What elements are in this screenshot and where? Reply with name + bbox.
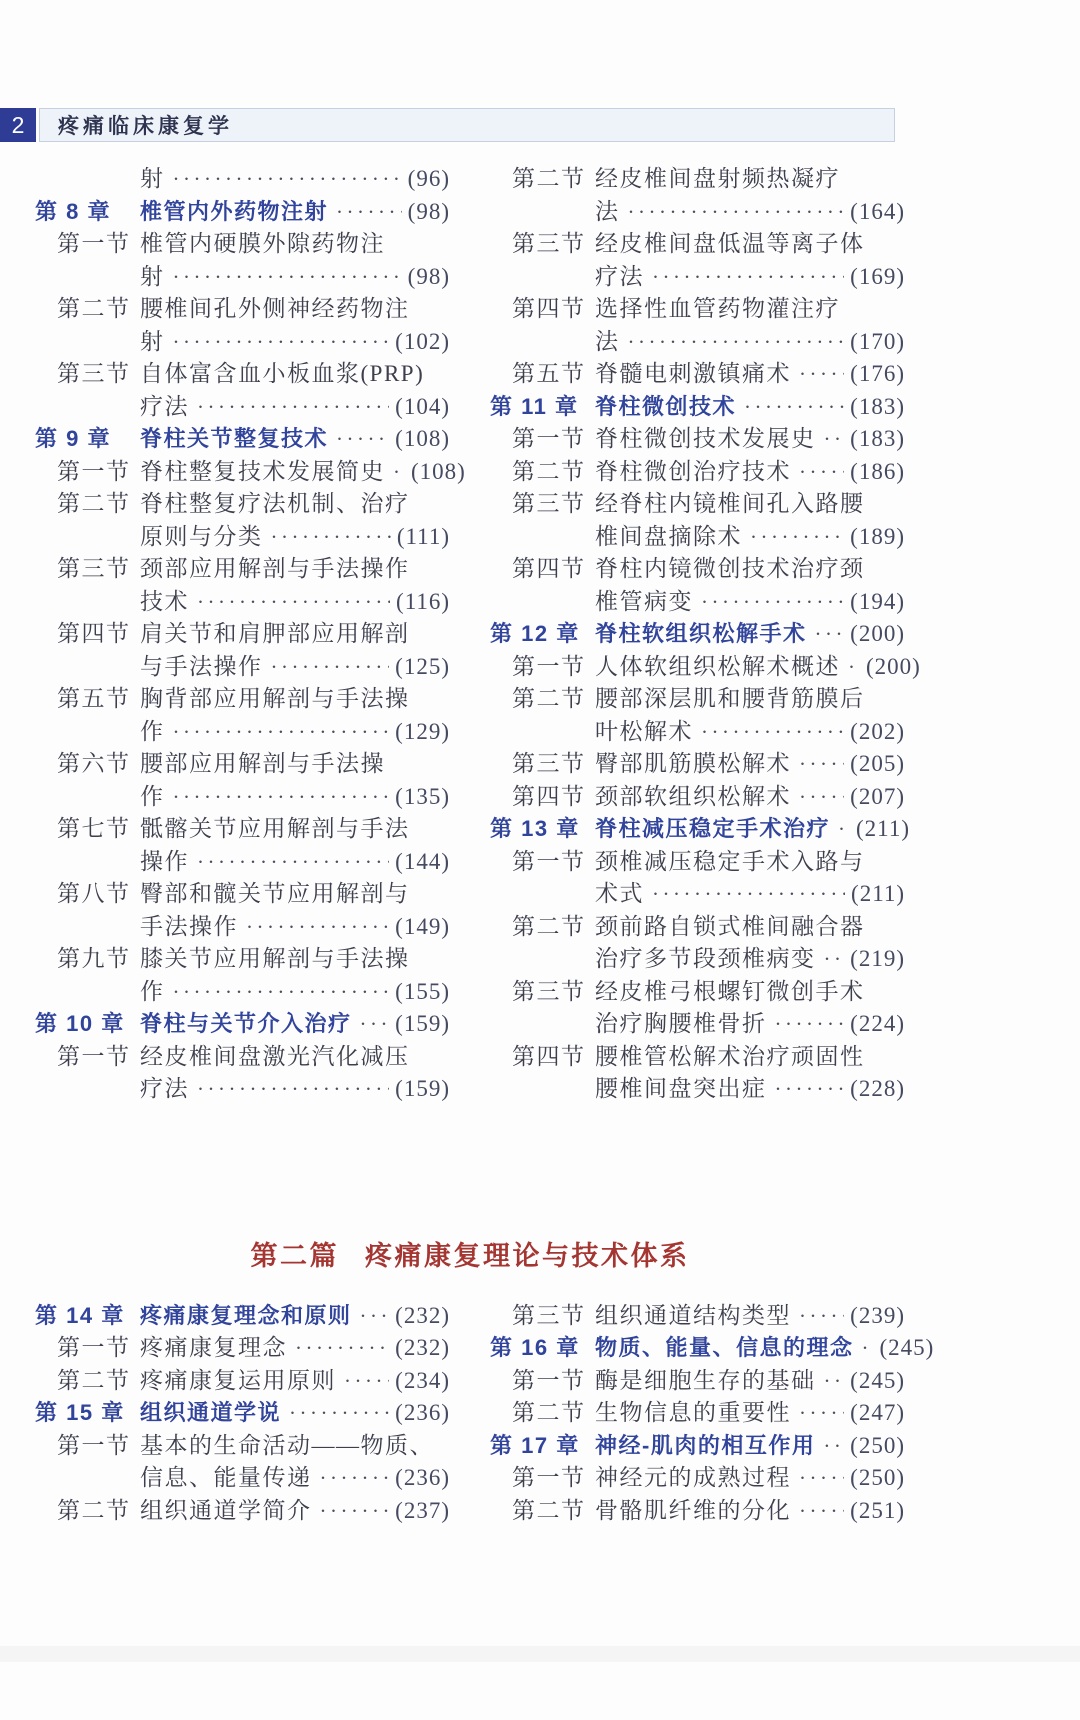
entry-label: 第三节	[490, 228, 595, 261]
entry-label: 第三节	[490, 1300, 595, 1333]
entry-title: 脊柱微创技术发展史	[595, 423, 816, 456]
toc-line: 叶松解术(202)	[490, 716, 905, 749]
toc-line: 第 8 章椎管内外药物注射(98)	[35, 196, 450, 229]
entry-title: 脊柱微创治疗技术	[595, 456, 791, 489]
entry-page-number: (96)	[406, 163, 450, 196]
toc-line: 第六节腰部应用解剖与手法操	[35, 748, 450, 781]
entry-title-continued: 疗法	[595, 261, 644, 294]
entry-title: 颈部应用解剖与手法操作	[140, 553, 410, 586]
entry-page-number: (170)	[848, 326, 905, 359]
toc-line: 第四节脊柱内镜微创技术治疗颈	[490, 553, 905, 586]
entry-title-continued: 治疗胸腰椎骨折	[595, 1008, 767, 1041]
toc-section-entry: 第五节脊髓电刺激镇痛术(176)	[490, 358, 905, 391]
toc-section-entry: 第一节椎管内硬膜外隙药物注射(98)	[35, 228, 450, 293]
entry-title-continued: 术式	[595, 878, 644, 911]
toc-line: 第一节颈椎减压稳定手术入路与	[490, 846, 905, 879]
entry-page-number: (211)	[854, 813, 910, 846]
toc-line: 第 9 章脊柱关节整复技术(108)	[35, 423, 450, 456]
toc-section-entry: 第一节疼痛康复理念(232)	[35, 1332, 450, 1365]
toc-line: 第四节选择性血管药物灌注疗	[490, 293, 905, 326]
entry-title: 颈前路自锁式椎间融合器	[595, 911, 865, 944]
toc-line: 第一节疼痛康复理念(232)	[35, 1332, 450, 1365]
entry-title: 经脊柱内镜椎间孔入路腰	[595, 488, 865, 521]
entry-title-continued: 椎间盘摘除术	[595, 521, 742, 554]
entry-label: 第八节	[35, 878, 140, 911]
entry-page-number: (245)	[878, 1332, 935, 1365]
entry-page-number: (164)	[848, 196, 905, 229]
toc-section-entry: 第二节脊柱微创治疗技术(186)	[490, 456, 905, 489]
toc-line: 第三节经皮椎间盘低温等离子体	[490, 228, 905, 261]
entry-page-number: (108)	[393, 423, 450, 456]
entry-page-number: (104)	[393, 391, 450, 424]
entry-page-number: (194)	[848, 586, 905, 619]
toc-line: 第三节经皮椎弓根螺钉微创手术	[490, 976, 905, 1009]
dot-leader	[824, 423, 845, 456]
toc-line: 第二节骨骼肌纤维的分化(251)	[490, 1495, 905, 1528]
entry-label: 第二节	[490, 1495, 595, 1528]
dot-leader	[197, 586, 390, 619]
entry-title: 腰椎管松解术治疗顽固性	[595, 1041, 865, 1074]
toc-chapter-entry: 第 11 章脊柱微创技术(183)	[490, 391, 905, 424]
dot-leader	[824, 1365, 845, 1398]
entry-title: 椎管内外药物注射	[140, 196, 328, 229]
toc-line: 第二节腰部深层肌和腰背筋膜后	[490, 683, 905, 716]
toc-section-entry: 第三节臀部肌筋膜松解术(205)	[490, 748, 905, 781]
entry-label: 第五节	[35, 683, 140, 716]
toc-chapter-entry: 第 15 章组织通道学说(236)	[35, 1397, 450, 1430]
dot-leader	[848, 651, 860, 684]
toc-section-entry: 第一节经皮椎间盘激光汽化减压疗法(159)	[35, 1041, 450, 1106]
entry-page-number: (245)	[848, 1365, 905, 1398]
toc-top-columns: 射(96)第 8 章椎管内外药物注射(98)第一节椎管内硬膜外隙药物注射(98)…	[35, 163, 905, 1106]
dot-leader	[246, 911, 389, 944]
toc-line: 第四节肩关节和肩胛部应用解剖	[35, 618, 450, 651]
entry-title: 脊柱与关节介入治疗	[140, 1008, 352, 1041]
entry-label: 第三节	[490, 976, 595, 1009]
entry-label: 第一节	[35, 228, 140, 261]
page-number: 2	[12, 112, 25, 139]
entry-label: 第一节	[490, 1462, 595, 1495]
entry-title: 臀部肌筋膜松解术	[595, 748, 791, 781]
entry-title-continued: 作	[140, 976, 165, 1009]
part-title-label: 第二篇	[251, 1241, 340, 1271]
dot-leader	[173, 976, 390, 1009]
dot-leader	[862, 1332, 874, 1365]
toc-line: 原则与分类(111)	[35, 521, 450, 554]
toc-line: 第一节酶是细胞生存的基础(245)	[490, 1365, 905, 1398]
entry-title: 脊柱内镜微创技术治疗颈	[595, 553, 865, 586]
toc-line: 作(129)	[35, 716, 450, 749]
toc-section-entry: 第二节骨骼肌纤维的分化(251)	[490, 1495, 905, 1528]
toc-line: 疗法(104)	[35, 391, 450, 424]
entry-title: 酶是细胞生存的基础	[595, 1365, 816, 1398]
toc-line: 治疗多节段颈椎病变(219)	[490, 943, 905, 976]
toc-line: 第一节基本的生命活动——物质、	[35, 1430, 450, 1463]
entry-label: 第二节	[490, 683, 595, 716]
toc-section-entry: 第四节脊柱内镜微创技术治疗颈椎管病变(194)	[490, 553, 905, 618]
toc-line: 第二节组织通道学简介(237)	[35, 1495, 450, 1528]
toc-line: 第三节颈部应用解剖与手法操作	[35, 553, 450, 586]
entry-page-number: (202)	[848, 716, 905, 749]
entry-label: 第二节	[35, 1365, 140, 1398]
entry-page-number: (159)	[393, 1008, 450, 1041]
dot-leader	[336, 196, 402, 229]
entry-title-continued: 作	[140, 716, 165, 749]
entry-page-number: (251)	[848, 1495, 905, 1528]
toc-line: 第三节组织通道结构类型(239)	[490, 1300, 905, 1333]
entry-title: 生物信息的重要性	[595, 1397, 791, 1430]
part-title-text: 疼痛康复理论与技术体系	[365, 1241, 690, 1271]
entry-page-number: (239)	[848, 1300, 905, 1333]
page-bottom-strip	[0, 1646, 1080, 1662]
dot-leader	[824, 943, 845, 976]
entry-title: 物质、能量、信息的理念	[595, 1332, 854, 1365]
entry-page-number: (237)	[393, 1495, 450, 1528]
entry-page-number: (250)	[848, 1462, 905, 1495]
entry-label: 第 17 章	[490, 1430, 595, 1463]
toc-section-entry: 第二节经皮椎间盘射频热凝疗法(164)	[490, 163, 905, 228]
page-number-badge: 2	[0, 108, 36, 142]
entry-label: 第二节	[490, 456, 595, 489]
toc-section-entry: 第三节经脊柱内镜椎间孔入路腰椎间盘摘除术(189)	[490, 488, 905, 553]
dot-leader	[173, 326, 390, 359]
dot-leader	[750, 521, 844, 554]
entry-title: 经皮椎间盘激光汽化减压	[140, 1041, 410, 1074]
toc-section-entry: 第三节颈部应用解剖与手法操作技术(116)	[35, 553, 450, 618]
dot-leader	[289, 1397, 389, 1430]
entry-label: 第四节	[490, 553, 595, 586]
entry-label: 第 14 章	[35, 1300, 140, 1333]
toc-section-entry: 第六节腰部应用解剖与手法操作(135)	[35, 748, 450, 813]
dot-leader	[799, 1397, 844, 1430]
toc-section-entry: 第一节基本的生命活动——物质、信息、能量传递(236)	[35, 1430, 450, 1495]
dot-leader	[295, 1332, 389, 1365]
entry-page-number: (211)	[849, 878, 905, 911]
entry-label: 第九节	[35, 943, 140, 976]
entry-title-continued: 操作	[140, 846, 189, 879]
entry-title: 骨骼肌纤维的分化	[595, 1495, 791, 1528]
entry-title: 颈椎减压稳定手术入路与	[595, 846, 865, 879]
entry-title: 经皮椎间盘低温等离子体	[595, 228, 865, 261]
dot-leader	[173, 716, 390, 749]
toc-line: 法(170)	[490, 326, 905, 359]
part-title: 第二篇疼痛康复理论与技术体系	[35, 1236, 905, 1276]
dot-leader	[744, 391, 844, 424]
toc-line: 第二节经皮椎间盘射频热凝疗	[490, 163, 905, 196]
entry-label: 第一节	[490, 1365, 595, 1398]
toc-line: 法(164)	[490, 196, 905, 229]
running-head-bar: 疼痛临床康复学	[39, 108, 895, 142]
toc-section-entry: 第二节疼痛康复运用原则(234)	[35, 1365, 450, 1398]
toc-section-entry: 第二节腰椎间孔外侧神经药物注射(102)	[35, 293, 450, 358]
entry-label: 第二节	[35, 293, 140, 326]
entry-title: 疼痛康复运用原则	[140, 1365, 336, 1398]
entry-title: 射	[140, 163, 165, 196]
toc-section-entry: 第二节脊柱整复疗法机制、治疗原则与分类(111)	[35, 488, 450, 553]
book-title: 疼痛临床康复学	[58, 110, 233, 140]
dot-leader	[173, 163, 402, 196]
toc-line: 第三节臀部肌筋膜松解术(205)	[490, 748, 905, 781]
entry-label: 第 10 章	[35, 1008, 140, 1041]
dot-leader	[652, 878, 845, 911]
toc-chapter-entry: 第 12 章脊柱软组织松解手术(200)	[490, 618, 905, 651]
entry-title: 选择性血管药物灌注疗	[595, 293, 840, 326]
entry-page-number: (228)	[848, 1073, 905, 1106]
toc-line: 术式(211)	[490, 878, 905, 911]
toc-line: 第一节人体软组织松解术概述(200)	[490, 651, 905, 684]
toc-section-entry: 第五节胸背部应用解剖与手法操作(129)	[35, 683, 450, 748]
toc-chapter-entry: 第 13 章脊柱减压稳定手术治疗(211)	[490, 813, 905, 846]
entry-title-continued: 原则与分类	[140, 521, 263, 554]
dot-leader	[173, 261, 402, 294]
entry-label: 第三节	[35, 358, 140, 391]
entry-page-number: (250)	[848, 1430, 905, 1463]
entry-label: 第 8 章	[35, 196, 140, 229]
entry-page-number: (200)	[848, 618, 905, 651]
toc-line: 第八节臀部和髋关节应用解剖与	[35, 878, 450, 911]
toc-section-entry: 第一节酶是细胞生存的基础(245)	[490, 1365, 905, 1398]
toc-line: 第一节脊柱微创技术发展史(183)	[490, 423, 905, 456]
entry-page-number: (108)	[409, 456, 466, 489]
entry-page-number: (98)	[406, 261, 450, 294]
toc-column-top-left: 射(96)第 8 章椎管内外药物注射(98)第一节椎管内硬膜外隙药物注射(98)…	[35, 163, 450, 1106]
entry-title: 脊柱关节整复技术	[140, 423, 328, 456]
entry-page-number: (183)	[848, 423, 905, 456]
entry-page-number: (219)	[848, 943, 905, 976]
dot-leader	[271, 651, 390, 684]
dot-leader	[197, 846, 389, 879]
toc-section-entry: 第七节骶髂关节应用解剖与手法操作(144)	[35, 813, 450, 878]
toc-section-entry: 第四节选择性血管药物灌注疗法(170)	[490, 293, 905, 358]
entry-label: 第三节	[490, 488, 595, 521]
entry-title-continued: 椎管病变	[595, 586, 693, 619]
toc-line: 第 15 章组织通道学说(236)	[35, 1397, 450, 1430]
dot-leader	[799, 748, 844, 781]
toc-line: 射(98)	[35, 261, 450, 294]
toc-line: 第二节生物信息的重要性(247)	[490, 1397, 905, 1430]
dot-leader	[799, 1495, 844, 1528]
entry-page-number: (232)	[393, 1332, 450, 1365]
toc-line: 第五节脊髓电刺激镇痛术(176)	[490, 358, 905, 391]
toc-chapter-entry: 第 16 章物质、能量、信息的理念(245)	[490, 1332, 905, 1365]
entry-label: 第一节	[35, 1430, 140, 1463]
entry-page-number: (169)	[848, 261, 905, 294]
toc-chapter-entry: 第 8 章椎管内外药物注射(98)	[35, 196, 450, 229]
entry-label: 第二节	[490, 911, 595, 944]
dot-leader	[823, 1430, 844, 1463]
toc-section-entry: 第九节膝关节应用解剖与手法操作(155)	[35, 943, 450, 1008]
toc-line: 第 12 章脊柱软组织松解手术(200)	[490, 618, 905, 651]
dot-leader	[652, 261, 844, 294]
entry-title-continued: 叶松解术	[595, 716, 693, 749]
toc-column-top-right: 第二节经皮椎间盘射频热凝疗法(164)第三节经皮椎间盘低温等离子体疗法(169)…	[490, 163, 905, 1106]
entry-title: 腰部应用解剖与手法操	[140, 748, 385, 781]
toc-line: 信息、能量传递(236)	[35, 1462, 450, 1495]
toc-chapter-entry: 第 17 章神经-肌肉的相互作用(250)	[490, 1430, 905, 1463]
toc-line: 射(96)	[35, 163, 450, 196]
toc-bottom-columns: 第 14 章疼痛康复理念和原则(232)第一节疼痛康复理念(232)第二节疼痛康…	[35, 1300, 905, 1528]
toc-line: 治疗胸腰椎骨折(224)	[490, 1008, 905, 1041]
toc-line: 第三节经脊柱内镜椎间孔入路腰	[490, 488, 905, 521]
entry-label: 第 12 章	[490, 618, 595, 651]
toc-line: 作(155)	[35, 976, 450, 1009]
dot-leader	[775, 1073, 845, 1106]
entry-title: 脊髓电刺激镇痛术	[595, 358, 791, 391]
toc-line: 第二节颈前路自锁式椎间融合器	[490, 911, 905, 944]
entry-page-number: (186)	[848, 456, 905, 489]
dot-leader	[838, 813, 850, 846]
entry-title: 骶髂关节应用解剖与手法	[140, 813, 410, 846]
dot-leader	[815, 618, 845, 651]
entry-title: 自体富含血小板血浆(PRP)	[140, 358, 424, 391]
toc-line: 第一节椎管内硬膜外隙药物注	[35, 228, 450, 261]
dot-leader	[320, 1462, 390, 1495]
dot-leader	[393, 456, 405, 489]
page-header: 2 疼痛临床康复学	[0, 108, 895, 142]
entry-page-number: (155)	[393, 976, 450, 1009]
entry-label: 第 9 章	[35, 423, 140, 456]
entry-title-continued: 技术	[140, 586, 189, 619]
entry-title-continued: 手法操作	[140, 911, 238, 944]
entry-page-number: (183)	[848, 391, 905, 424]
entry-label: 第四节	[490, 781, 595, 814]
entry-title: 脊柱整复技术发展简史	[140, 456, 385, 489]
dot-leader	[360, 1008, 390, 1041]
toc-line: 第 10 章脊柱与关节介入治疗(159)	[35, 1008, 450, 1041]
toc-line: 第五节胸背部应用解剖与手法操	[35, 683, 450, 716]
entry-page-number: (234)	[393, 1365, 450, 1398]
toc-section-entry: 第三节经皮椎弓根螺钉微创手术治疗胸腰椎骨折(224)	[490, 976, 905, 1041]
toc-line: 第二节脊柱微创治疗技术(186)	[490, 456, 905, 489]
entry-title: 组织通道学简介	[140, 1495, 312, 1528]
entry-title-continued: 法	[595, 326, 620, 359]
toc-section-entry: 第二节腰部深层肌和腰背筋膜后叶松解术(202)	[490, 683, 905, 748]
toc-line: 第 14 章疼痛康复理念和原则(232)	[35, 1300, 450, 1333]
entry-page-number: (149)	[393, 911, 450, 944]
toc-line: 第一节经皮椎间盘激光汽化减压	[35, 1041, 450, 1074]
toc-section-entry: 第三节组织通道结构类型(239)	[490, 1300, 905, 1333]
toc-column-bottom-right: 第三节组织通道结构类型(239)第 16 章物质、能量、信息的理念(245)第一…	[490, 1300, 905, 1528]
entry-page-number: (129)	[393, 716, 450, 749]
toc-line: 第四节颈部软组织松解术(207)	[490, 781, 905, 814]
toc-section-entry: 第四节颈部软组织松解术(207)	[490, 781, 905, 814]
entry-title-continued: 与手法操作	[140, 651, 263, 684]
toc-line: 与手法操作(125)	[35, 651, 450, 684]
entry-title: 经皮椎弓根螺钉微创手术	[595, 976, 865, 1009]
toc-line: 第九节膝关节应用解剖与手法操	[35, 943, 450, 976]
toc-section-entry: 第八节臀部和髋关节应用解剖与手法操作(149)	[35, 878, 450, 943]
entry-label: 第一节	[490, 651, 595, 684]
toc-line: 第四节腰椎管松解术治疗顽固性	[490, 1041, 905, 1074]
toc-line: 疗法(159)	[35, 1073, 450, 1106]
dot-leader	[173, 781, 390, 814]
dot-leader	[628, 196, 845, 229]
entry-label: 第一节	[490, 423, 595, 456]
toc-section-entry: 第四节腰椎管松解术治疗顽固性腰椎间盘突出症(228)	[490, 1041, 905, 1106]
entry-title-continued: 信息、能量传递	[140, 1462, 312, 1495]
toc-section-entry: 第一节颈椎减压稳定手术入路与术式(211)	[490, 846, 905, 911]
entry-page-number: (125)	[393, 651, 450, 684]
entry-label: 第二节	[490, 1397, 595, 1430]
entry-label: 第三节	[490, 748, 595, 781]
entry-label: 第 15 章	[35, 1397, 140, 1430]
entry-page-number: (98)	[406, 196, 450, 229]
entry-title: 胸背部应用解剖与手法操	[140, 683, 410, 716]
entry-title: 臀部和髋关节应用解剖与	[140, 878, 410, 911]
entry-page-number: (159)	[393, 1073, 450, 1106]
entry-title: 颈部软组织松解术	[595, 781, 791, 814]
dot-leader	[271, 521, 391, 554]
toc-line: 第一节脊柱整复技术发展简史(108)	[35, 456, 450, 489]
toc-line: 椎管病变(194)	[490, 586, 905, 619]
entry-label: 第三节	[35, 553, 140, 586]
entry-page-number: (111)	[395, 521, 450, 554]
dot-leader	[360, 1300, 390, 1333]
entry-page-number: (247)	[848, 1397, 905, 1430]
toc-chapter-entry: 第 9 章脊柱关节整复技术(108)	[35, 423, 450, 456]
entry-title: 经皮椎间盘射频热凝疗	[595, 163, 840, 196]
entry-page-number: (189)	[848, 521, 905, 554]
toc-line: 疗法(169)	[490, 261, 905, 294]
toc-line: 操作(144)	[35, 846, 450, 879]
toc-section-entry: 第二节生物信息的重要性(247)	[490, 1397, 905, 1430]
dot-leader	[344, 1365, 389, 1398]
dot-leader	[197, 1073, 389, 1106]
entry-page-number: (224)	[848, 1008, 905, 1041]
entry-page-number: (102)	[393, 326, 450, 359]
entry-title: 神经-肌肉的相互作用	[595, 1430, 815, 1463]
dot-leader	[799, 1462, 844, 1495]
toc-line: 第 17 章神经-肌肉的相互作用(250)	[490, 1430, 905, 1463]
entry-page-number: (135)	[393, 781, 450, 814]
entry-label: 第六节	[35, 748, 140, 781]
toc-line: 技术(116)	[35, 586, 450, 619]
entry-label: 第四节	[490, 1041, 595, 1074]
toc-line: 第二节腰椎间孔外侧神经药物注	[35, 293, 450, 326]
toc-chapter-entry: 第 10 章脊柱与关节介入治疗(159)	[35, 1008, 450, 1041]
entry-title: 脊柱整复疗法机制、治疗	[140, 488, 410, 521]
toc-line: 第一节神经元的成熟过程(250)	[490, 1462, 905, 1495]
entry-title: 膝关节应用解剖与手法操	[140, 943, 410, 976]
entry-title: 腰椎间孔外侧神经药物注	[140, 293, 410, 326]
toc-line: 第二节疼痛康复运用原则(234)	[35, 1365, 450, 1398]
entry-title: 脊柱微创技术	[595, 391, 736, 424]
toc-line: 作(135)	[35, 781, 450, 814]
toc-section-entry: 第一节人体软组织松解术概述(200)	[490, 651, 905, 684]
entry-label: 第 16 章	[490, 1332, 595, 1365]
toc-section-entry: 第四节肩关节和肩胛部应用解剖与手法操作(125)	[35, 618, 450, 683]
toc-line: 第七节骶髂关节应用解剖与手法	[35, 813, 450, 846]
entry-label: 第四节	[490, 293, 595, 326]
entry-title: 脊柱减压稳定手术治疗	[595, 813, 830, 846]
entry-page-number: (207)	[848, 781, 905, 814]
dot-leader	[799, 781, 844, 814]
entry-title-continued: 射	[140, 326, 165, 359]
toc-section-entry: 第二节颈前路自锁式椎间融合器治疗多节段颈椎病变(219)	[490, 911, 905, 976]
toc-line: 椎间盘摘除术(189)	[490, 521, 905, 554]
entry-page-number: (232)	[393, 1300, 450, 1333]
entry-page-number: (144)	[393, 846, 450, 879]
entry-label: 第七节	[35, 813, 140, 846]
entry-page-number: (200)	[864, 651, 921, 684]
entry-title-continued: 射	[140, 261, 165, 294]
entry-title: 组织通道学说	[140, 1397, 281, 1430]
toc-line: 射(102)	[35, 326, 450, 359]
entry-title: 椎管内硬膜外隙药物注	[140, 228, 385, 261]
toc-chapter-entry: 第 14 章疼痛康复理念和原则(232)	[35, 1300, 450, 1333]
toc-line: 第三节自体富含血小板血浆(PRP)	[35, 358, 450, 391]
entry-title: 腰部深层肌和腰背筋膜后	[595, 683, 865, 716]
